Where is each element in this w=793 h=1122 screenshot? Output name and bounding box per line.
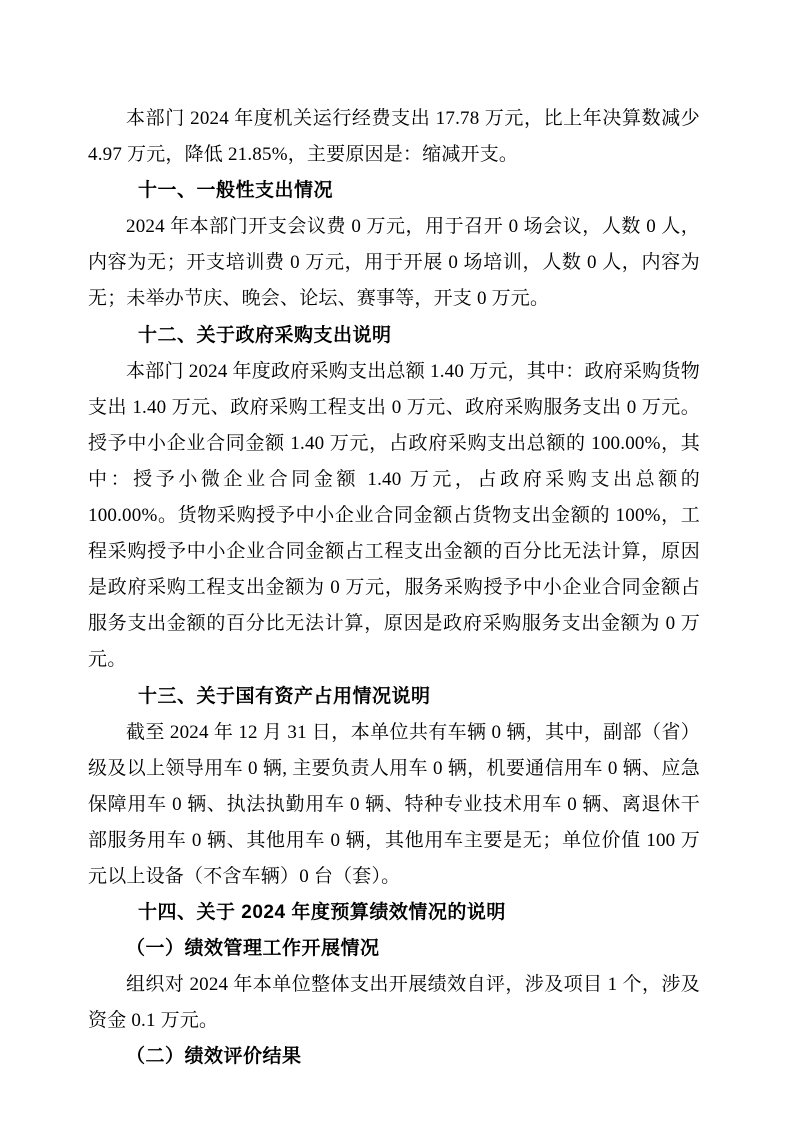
heading-section-12-government-procurement: 十二、关于政府采购支出说明 — [88, 318, 700, 354]
heading-section-14-budget-performance: 十四、关于 2024 年度预算绩效情况的说明 — [88, 895, 700, 931]
heading-section-11-general-expenditure: 十一、一般性支出情况 — [88, 173, 700, 209]
document-content: 本部门 2024 年度机关运行经费支出 17.78 万元，比上年决算数减少 4.… — [88, 101, 700, 1076]
paragraph-operating-expenses: 本部门 2024 年度机关运行经费支出 17.78 万元，比上年决算数减少 4.… — [88, 101, 700, 173]
document-page: 本部门 2024 年度机关运行经费支出 17.78 万元，比上年决算数减少 4.… — [0, 0, 793, 1122]
paragraph-general-expenditure-details: 2024 年本部门开支会议费 0 万元，用于召开 0 场会议，人数 0 人，内容… — [88, 209, 700, 317]
paragraph-state-owned-assets-details: 截至 2024 年 12 月 31 日，本单位共有车辆 0 辆，其中，副部（省）… — [88, 715, 700, 895]
subheading-performance-management-work: （一）绩效管理工作开展情况 — [88, 931, 700, 967]
subheading-performance-evaluation-results: （二）绩效评价结果 — [88, 1039, 700, 1075]
paragraph-government-procurement-details: 本部门 2024 年度政府采购支出总额 1.40 万元，其中：政府采购货物支出 … — [88, 354, 700, 679]
paragraph-performance-self-evaluation: 组织对 2024 年本单位整体支出开展绩效自评，涉及项目 1 个，涉及资金 0.… — [88, 967, 700, 1039]
heading-section-13-state-owned-assets: 十三、关于国有资产占用情况说明 — [88, 679, 700, 715]
